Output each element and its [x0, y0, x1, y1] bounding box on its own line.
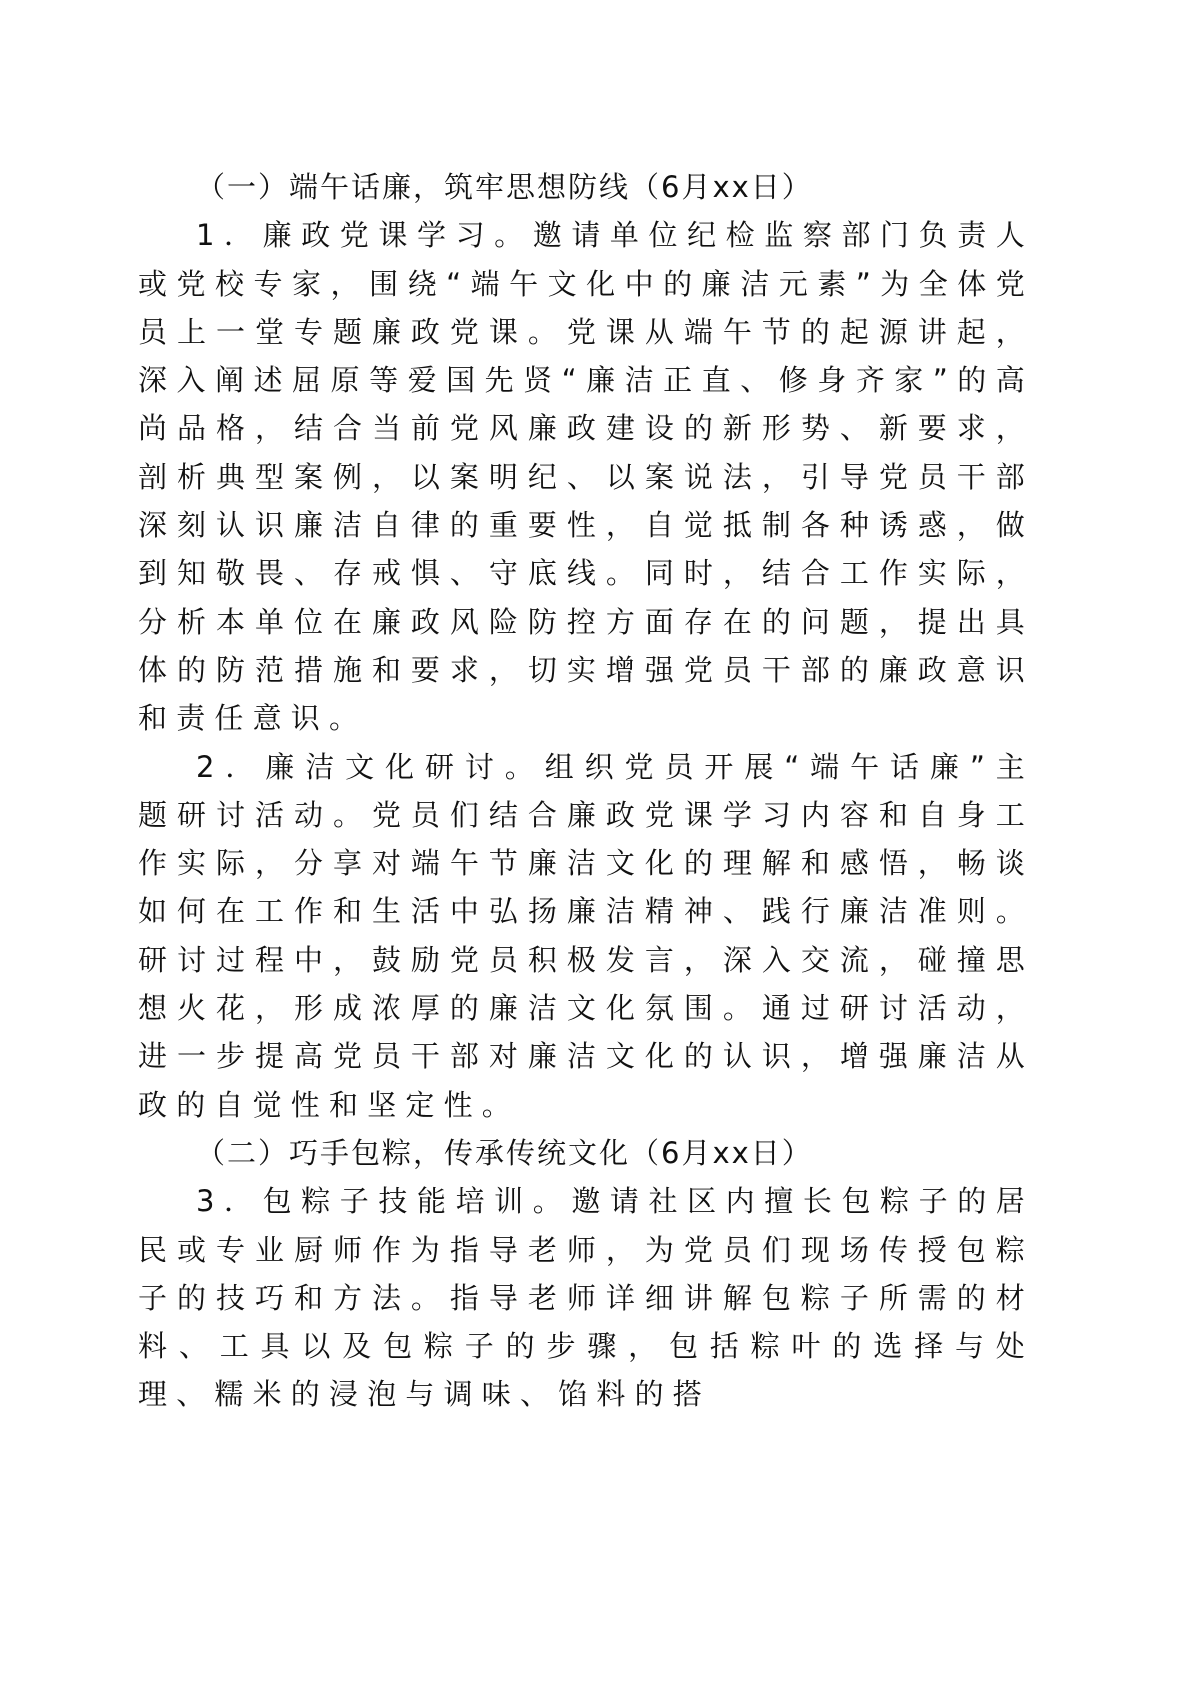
- section-heading-1: （一）端午话廉，筑牢思想防线（6月xx日）: [138, 163, 1034, 211]
- paragraph-item-3: 3．包粽子技能培训。邀请社区内擅长包粽子的居民或专业厨师作为指导老师，为党员们现…: [138, 1177, 1034, 1418]
- section-heading-2: （二）巧手包粽，传承传统文化（6月xx日）: [138, 1129, 1034, 1177]
- document-page: （一）端午话廉，筑牢思想防线（6月xx日） 1．廉政党课学习。邀请单位纪检监察部…: [138, 163, 1034, 1419]
- paragraph-item-1: 1．廉政党课学习。邀请单位纪检监察部门负责人或党校专家，围绕“端午文化中的廉洁元…: [138, 211, 1034, 742]
- paragraph-item-2: 2．廉洁文化研讨。组织党员开展“端午话廉”主题研讨活动。党员们结合廉政党课学习内…: [138, 743, 1034, 1129]
